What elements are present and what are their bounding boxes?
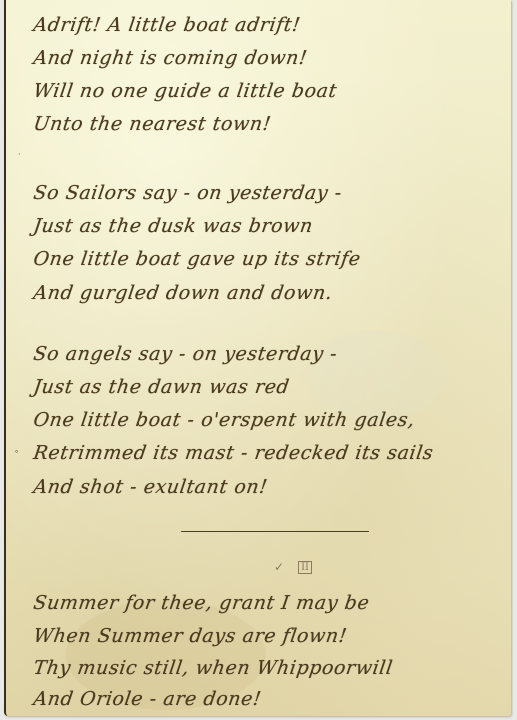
poem-line: And gurgled down and down. bbox=[32, 282, 334, 304]
poem-line: And Oriole - are done! bbox=[32, 688, 263, 710]
manuscript-page: Adrift! A little boat adrift! And night … bbox=[4, 0, 511, 716]
poem-line: And night is coming down! bbox=[32, 47, 309, 69]
poem-line: Unto the nearest town! bbox=[32, 113, 273, 135]
poem-line: So angels say - on yesterday - bbox=[32, 343, 339, 365]
margin-mark: ∘ bbox=[14, 447, 19, 456]
poem-line: So Sailors say - on yesterday - bbox=[32, 182, 343, 204]
section-marker: ✓ II bbox=[274, 560, 312, 574]
check-mark-icon: ✓ bbox=[274, 560, 284, 574]
margin-mark: · bbox=[18, 150, 21, 159]
poem-line: Thy music still, when Whippoorwill bbox=[32, 657, 394, 679]
poem-line: Will no one guide a little boat bbox=[32, 80, 338, 102]
poem-line: Summer for thee, grant I may be bbox=[32, 592, 371, 614]
poem-line: Adrift! A little boat adrift! bbox=[32, 14, 302, 36]
poem-line: Retrimmed its mast - redecked its sails bbox=[32, 442, 435, 464]
poem-line: When Summer days are flown! bbox=[32, 625, 349, 647]
poem-line: Just as the dusk was brown bbox=[32, 215, 315, 237]
section-number: II bbox=[298, 561, 312, 574]
poem-line: One little boat gave up its strife bbox=[32, 248, 362, 270]
poem-line: Just as the dawn was red bbox=[32, 376, 291, 398]
section-divider bbox=[181, 531, 369, 532]
poem-line: And shot - exultant on! bbox=[32, 476, 269, 498]
poem-line: One little boat - o'erspent with gales, bbox=[32, 409, 416, 431]
